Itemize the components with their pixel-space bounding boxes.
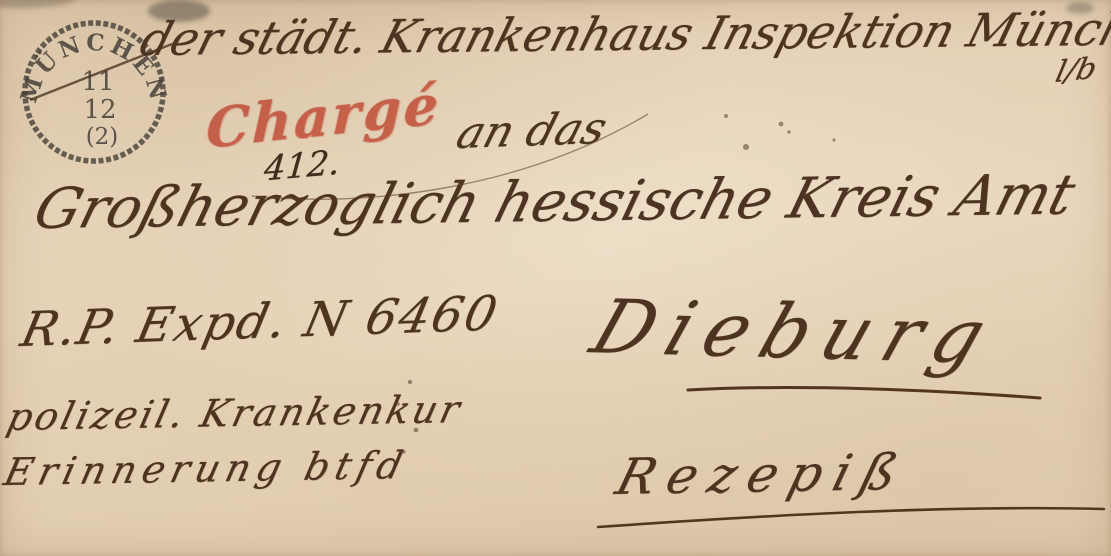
- destination-name: Dieburg: [583, 290, 1008, 375]
- address-line-1: der städt. Krankenhaus Inspektion Münche…: [136, 5, 1111, 62]
- address-line-3: Großherzoglich hessische Kreis Amt: [28, 168, 1080, 238]
- bottom-endorsement: Rezepiß: [611, 447, 914, 502]
- destination-underline: [688, 388, 1040, 398]
- docket-note-line: Erinnerung btfd: [1, 446, 412, 491]
- corner-mark: l/b: [1053, 54, 1100, 88]
- postal-cover-scan: MÜNCHEN 11 12 (2) Chargé 412. der städt.…: [0, 0, 1111, 556]
- endorsement-underline: [598, 508, 1104, 527]
- docket-expedition-number: R.P. Expd. N 6460: [17, 290, 503, 354]
- docket-subject-line: polizeil. Krankenkur: [4, 390, 467, 436]
- address-line-2: an das: [452, 107, 612, 156]
- postmark-day: 11: [81, 67, 114, 97]
- postmark-month: 12: [83, 95, 116, 125]
- postmark-slot: (2): [86, 124, 119, 150]
